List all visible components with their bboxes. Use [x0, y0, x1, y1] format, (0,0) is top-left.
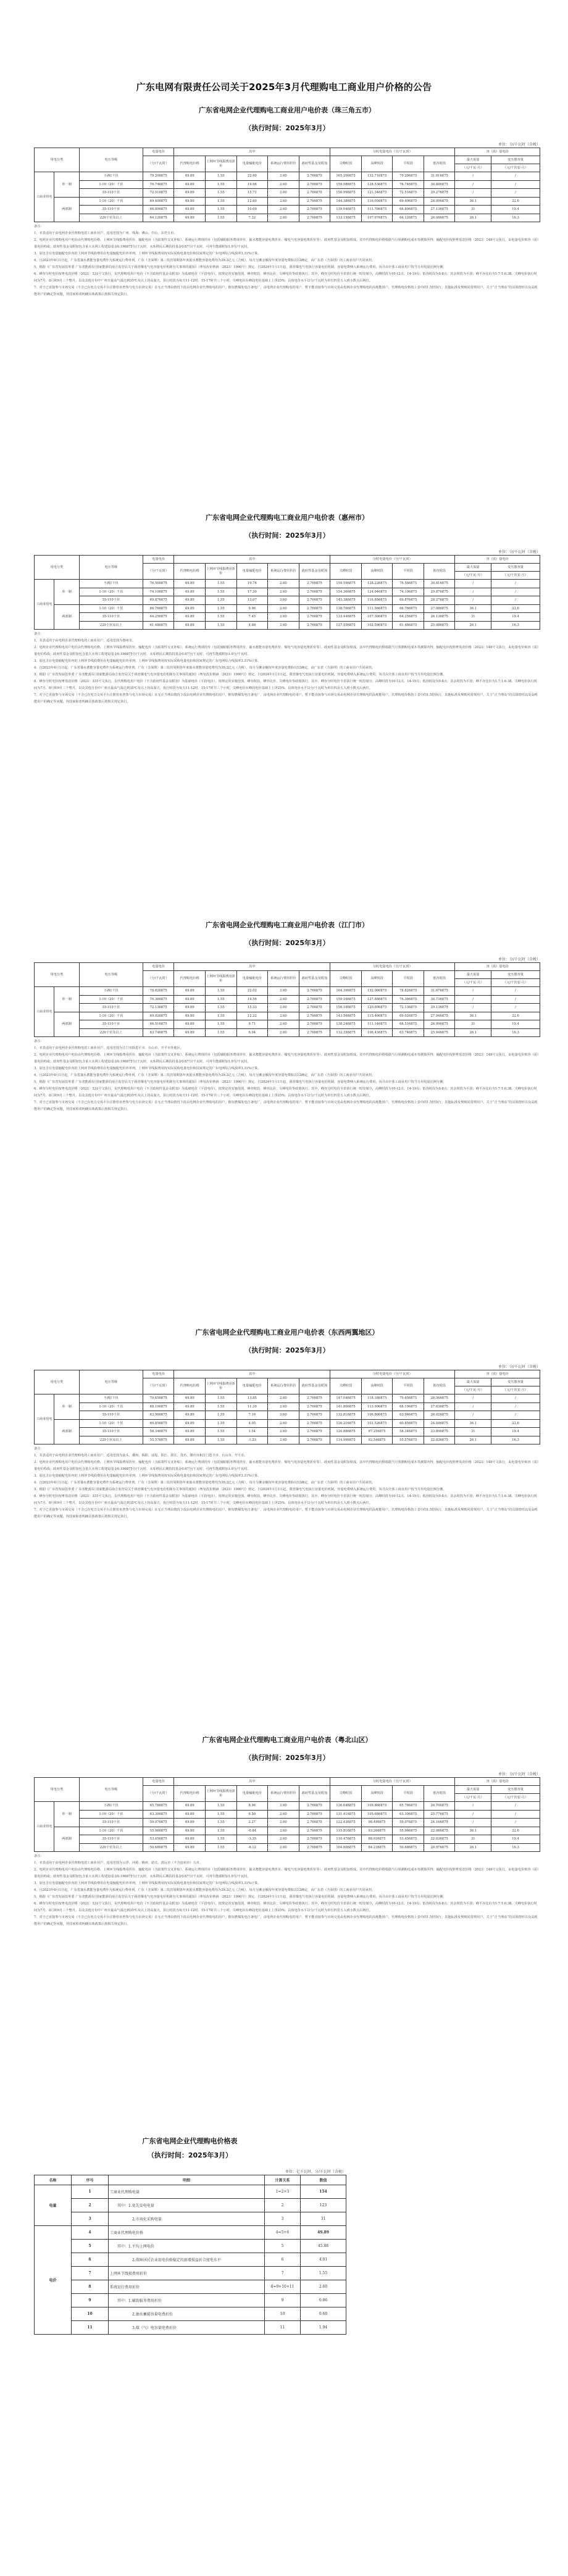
value-cell: 2.766875: [299, 206, 330, 214]
value-cell: 16.3: [491, 621, 540, 630]
header-voltage: 电压等级: [79, 1778, 143, 1802]
value-cell: 59.076875: [143, 1819, 174, 1827]
header-flat: 平时段: [393, 971, 424, 987]
value-cell: 109.866875: [361, 1802, 393, 1811]
value-cell: 2.27: [236, 1819, 268, 1827]
value-cell: 2.60: [268, 180, 299, 189]
value-cell: 66.516875: [393, 1020, 424, 1029]
value-cell: 2.766875: [299, 613, 330, 622]
value-cell: 49.89: [174, 1403, 206, 1411]
value-cell: 2.60: [268, 206, 299, 214]
value-cell: /: [491, 596, 540, 605]
header-proxy-price: 代理购电价格: [174, 1786, 206, 1802]
value-cell: 132.816875: [330, 1411, 362, 1420]
value-cell: 6.50: [236, 1810, 268, 1819]
value-cell: 64.256875: [393, 613, 424, 622]
row-value-cell: 45.88: [301, 2240, 346, 2253]
value-cell: 1.55: [206, 621, 237, 630]
value-cell: 25.946875: [424, 1028, 455, 1037]
value-cell: 49.89: [174, 596, 206, 605]
header-proxy-price: 代理购电价格: [174, 971, 206, 987]
value-cell: /: [491, 1810, 540, 1819]
value-cell: /: [455, 1802, 491, 1811]
value-cell: 1.55: [206, 1835, 237, 1844]
table-row: 35-110千伏63.96687549.891.557.162.602.7668…: [35, 1411, 540, 1420]
row-detail-cell: 2.抽水蓄能容量电费折价: [109, 2307, 265, 2321]
row-detail-cell: 其中：1.平均上网电价: [109, 2240, 265, 2253]
header-of-which: 其中: [174, 963, 330, 971]
header-capacity: 容（需）量电价: [455, 1778, 540, 1786]
header-peak: 高峰时段: [361, 564, 393, 580]
header-line-loss: 上网环节线损费用折价: [206, 1378, 237, 1394]
voltage-cell: 35-110千伏: [79, 1411, 143, 1420]
summary-section: 广东省电网企业代理购电价格表 （执行时间：2025年3月） 单位：亿千瓦时，分/…: [34, 2136, 346, 2335]
table-row: 220千伏及以上64.12687549.891.557.322.602.7668…: [35, 214, 540, 222]
value-cell: 49.89: [174, 580, 206, 588]
voltage-cell: 220千伏及以上: [79, 1843, 143, 1852]
value-cell: 1.55: [206, 596, 237, 605]
value-cell: 2.766875: [299, 1802, 330, 1811]
notes-label: 备注：: [34, 223, 540, 230]
value-cell: 2.60: [268, 987, 299, 996]
unit-label: 单位：分/千瓦时（含税）: [34, 549, 540, 555]
row-no-cell: 1: [72, 2185, 109, 2199]
header-valley: 低谷时段: [424, 1378, 455, 1394]
value-cell: 55.576875: [393, 1436, 424, 1444]
note-item: 4、自2023年6月1日起，广东省抽水蓄能容量电费作为系统运行费单列。广东（含深…: [34, 1887, 540, 1894]
price-table: 用电分类电压等级电量电价其中分时电量电价（分/千瓦时）容（需）量电价（分/千瓦时…: [34, 555, 540, 630]
header-max-demand-unit: （元/千瓦·月）: [455, 979, 491, 987]
value-cell: 132.716875: [361, 172, 393, 181]
value-cell: 53.456875: [393, 1835, 424, 1844]
value-cell: 2.60: [268, 1020, 299, 1029]
row-no-cell: 11: [72, 2321, 109, 2335]
value-cell: /: [491, 987, 540, 996]
value-cell: /: [455, 1819, 491, 1827]
value-cell: 78.826875: [393, 987, 424, 996]
row-calc-cell: 7: [265, 2267, 301, 2280]
header-max-demand: 最大需量: [455, 156, 491, 164]
value-cell: 28.096875: [424, 197, 455, 206]
header-value: 数值: [301, 2175, 346, 2185]
header-tou: 分时电量电价（分/千瓦时）: [330, 556, 455, 564]
value-cell: 113.996875: [361, 1403, 393, 1411]
value-cell: 2.60: [268, 1394, 299, 1403]
note-item: 2、电网企业代理购电用户电价由代理购电价格、上网环节线损费用折价、输配电价（含政…: [34, 1459, 540, 1473]
value-cell: 63.306875: [393, 1810, 424, 1819]
value-cell: 1.55: [206, 197, 237, 206]
value-cell: 30.816875: [424, 580, 455, 588]
header-flat: 平时段: [393, 156, 424, 172]
price-table: 用电分类电压等级电量电价其中分时电量电价（分/千瓦时）容（需）量电价（分/千瓦时…: [34, 1777, 540, 1852]
note-item: 1、本表适用于由电网企业代理购电的工商业用户，适用范围为惠州市。: [34, 638, 540, 644]
note-item: 3、原包含在电量输配电价内的上网环节线损费用在电量输配电价外单列，上网环节线损费…: [34, 1473, 540, 1480]
value-cell: 26.086875: [424, 214, 455, 222]
value-cell: 1.55: [206, 1411, 237, 1420]
header-proxy-price: 代理购电价格: [174, 156, 206, 172]
table-row: 两部制1-10（20）千伏66.76687549.891.559.962.602…: [35, 604, 540, 613]
row-value-cell: 0.06: [301, 2294, 346, 2307]
value-cell: 2.766875: [299, 197, 330, 206]
price-section: 广东省电网企业代理购电工商业用户电价表（江门市）（执行时间：2025年3月）单位…: [34, 920, 540, 1113]
table-row: 工商业用电单一制不满1千伏79.20687549.891.5522.402.60…: [35, 172, 540, 181]
value-cell: 76.746875: [393, 180, 424, 189]
value-cell: 36.1: [455, 1827, 491, 1835]
value-cell: 2.766875: [299, 621, 330, 630]
value-cell: 26.1: [455, 214, 491, 222]
value-cell: 22.6: [491, 197, 540, 206]
summary-unit: 单位：亿千瓦时，分/千瓦时（含税）: [34, 2169, 346, 2175]
header-proxy-price: 代理购电价格: [174, 564, 206, 580]
header-calc: 计算关系: [265, 2175, 301, 2185]
header-transformer-unit: （元/千伏安·月）: [491, 572, 540, 580]
header-category: 用电分类: [35, 963, 80, 987]
value-cell: 63.746875: [393, 1028, 424, 1037]
value-cell: 12.60: [236, 197, 268, 206]
value-cell: 84.236875: [361, 1843, 393, 1852]
value-cell: 19.4: [491, 613, 540, 622]
value-cell: 2.60: [268, 580, 299, 588]
header-energy-unit: （分/千瓦时）: [143, 971, 174, 987]
value-cell: 25.776875: [424, 1810, 455, 1819]
summary-row: 102.抽水蓄能容量电费折价100.60: [35, 2307, 346, 2321]
summary-row: 电价4工商业代理购电价格4=5+649.89: [35, 2226, 346, 2240]
value-cell: 27.636875: [424, 1403, 455, 1411]
voltage-cell: 不满1千伏: [79, 1394, 143, 1403]
note-item: 7、对于已直接参与市场交易（不含已在电力交易平台注册但未曾参与电力市场交易）在无…: [34, 285, 540, 298]
row-calc-cell: 4=5+6: [265, 2226, 301, 2240]
header-transformer-unit: （元/千伏安·月）: [491, 1794, 540, 1802]
two-part-cell: 两部制: [54, 1419, 79, 1444]
value-cell: 31.816875: [424, 172, 455, 181]
header-valley: 低谷时段: [424, 971, 455, 987]
value-cell: /: [455, 1403, 491, 1411]
note-item: 5、根据《广东省发展改革委 广东省能源局 国家能源局南方监管局关于我省煤电气电容…: [34, 1894, 540, 1901]
value-cell: 24.846875: [424, 1419, 455, 1428]
unit-label: 单位：分/千瓦时（含税）: [34, 956, 540, 962]
value-cell: 12.22: [236, 1012, 268, 1020]
note-item: 3、原包含在电量输配电价内的上网环节线损费用在电量输配电价外单列，上网环节线损费…: [34, 1065, 540, 1072]
value-cell: 97.256875: [361, 1428, 393, 1436]
value-cell: 2.60: [268, 1012, 299, 1020]
value-cell: 159.596875: [330, 580, 362, 588]
value-cell: /: [491, 995, 540, 1004]
row-calc-cell: 6: [265, 2253, 301, 2267]
value-cell: 8.96: [236, 1802, 268, 1811]
value-cell: 49.89: [174, 189, 206, 198]
header-voltage: 电压等级: [79, 556, 143, 580]
value-cell: 114.996875: [330, 1436, 362, 1444]
section-exec-time: （执行时间：2025年3月）: [34, 123, 540, 133]
value-cell: 76.366875: [143, 995, 174, 1004]
value-cell: 26.1: [455, 1843, 491, 1852]
value-cell: 66.516875: [143, 1020, 174, 1029]
value-cell: 50.686875: [393, 1843, 424, 1852]
value-cell: 1.55: [206, 1810, 237, 1819]
table-row: 工商业用电单一制不满1千伏70.65687549.891.5513.852.60…: [35, 1394, 540, 1403]
table-row: 35-110千伏66.51687549.891.559.712.602.7668…: [35, 1020, 540, 1029]
value-cell: 2.60: [268, 1819, 299, 1827]
value-cell: 164.396875: [330, 987, 362, 996]
header-capacity: 容（需）量电价: [455, 963, 540, 971]
value-cell: 76.746875: [143, 180, 174, 189]
value-cell: 15.33: [236, 1004, 268, 1012]
row-value-cell: 154: [301, 2185, 346, 2199]
value-cell: 2.766875: [299, 1819, 330, 1827]
header-line-loss: 上网环节线损费用折价: [206, 971, 237, 987]
value-cell: 7.16: [236, 1411, 268, 1420]
row-calc-cell: 2: [265, 2199, 301, 2212]
value-cell: 49.89: [174, 604, 206, 613]
notes-block: 备注：1、本表适用于由电网企业代理购电的工商业用户，适用范围为云浮、河源、梅州、…: [34, 1853, 540, 1928]
value-cell: 2.60: [268, 1004, 299, 1012]
notes-block: 备注：1、本表适用于由电网企业代理购电的工商业用户，适用范围为惠州市。2、电网企…: [34, 631, 540, 706]
value-cell: 145.386875: [330, 596, 362, 605]
note-item: 1、本表适用于由电网企业代理购电的工商业用户，适用范围为汕头、潮州、揭阳、汕尾、…: [34, 1453, 540, 1459]
row-detail-cell: 工商业代理购电量: [109, 2185, 265, 2199]
value-cell: 1.54: [236, 1428, 268, 1436]
value-cell: 2.766875: [299, 1394, 330, 1403]
value-cell: 154.366875: [330, 588, 362, 596]
value-cell: 49.89: [174, 1020, 206, 1029]
header-max-demand: 最大需量: [455, 1378, 491, 1386]
header-of-which: 其中: [174, 556, 330, 564]
single-part-cell: 单一制: [54, 987, 79, 1012]
value-cell: 31: [455, 1020, 491, 1029]
row-no-cell: 3: [72, 2212, 109, 2226]
value-cell: 79.206875: [393, 172, 424, 181]
value-cell: 22.02: [236, 987, 268, 996]
header-gov-fund: 政府性基金及附加: [299, 1786, 330, 1802]
value-cell: 25.086875: [424, 621, 455, 630]
value-cell: /: [455, 189, 491, 198]
value-cell: 111.566875: [361, 604, 393, 613]
value-cell: 133.446875: [330, 613, 362, 622]
value-cell: 49.89: [174, 1394, 206, 1403]
value-cell: 2.766875: [299, 1012, 330, 1020]
table-row: 1-10（20）千伏76.74687549.891.5519.942.602.7…: [35, 180, 540, 189]
value-cell: 159.986875: [330, 180, 362, 189]
table-row: 两部制1-10（20）千伏69.40687549.891.5512.602.60…: [35, 197, 540, 206]
value-cell: 1.55: [206, 1020, 237, 1029]
value-cell: 2.60: [268, 1411, 299, 1420]
note-item: 3、原包含在电量输配电价内的上网环节线损费用在电量输配电价外单列，上网环节线损费…: [34, 251, 540, 257]
value-cell: 9.71: [236, 1020, 268, 1029]
value-cell: 68.196875: [393, 1403, 424, 1411]
notes-block: 备注：1、本表适用于由电网企业代理购电的工商业用户，适用范围为广州、珠海、佛山、…: [34, 223, 540, 298]
header-row: 用电分类电压等级电量电价其中分时电量电价（分/千瓦时）容（需）量电价: [35, 1370, 540, 1378]
value-cell: 2.766875: [299, 1810, 330, 1819]
header-voltage: 电压等级: [79, 148, 143, 172]
header-valley: 低谷时段: [424, 156, 455, 172]
header-no: 序号: [72, 2175, 109, 2185]
notes-label: 备注：: [34, 1853, 540, 1860]
header-gov-fund: 政府性基金及附加: [299, 564, 330, 580]
header-of-which: 其中: [174, 1370, 330, 1378]
note-item: 3、原包含在电量输配电价内的上网环节线损费用在电量输配电价外单列，上网环节线损费…: [34, 658, 540, 665]
value-cell: 139.046875: [330, 206, 362, 214]
price-table: 用电分类电压等级电量电价其中分时电量电价（分/千瓦时）容（需）量电价（分/千瓦时…: [34, 148, 540, 222]
value-cell: 2.60: [268, 621, 299, 630]
value-cell: 150.186875: [330, 1004, 362, 1012]
note-item: 5、根据《广东省发展改革委 广东省能源局 国家能源局南方监管局关于我省煤电气电容…: [34, 672, 540, 678]
value-cell: 126.216875: [330, 1419, 362, 1428]
voltage-cell: 35-110千伏: [79, 596, 143, 605]
header-voltage: 电压等级: [79, 963, 143, 987]
value-cell: 26.1: [455, 1436, 491, 1444]
voltage-cell: 35-110千伏: [79, 206, 143, 214]
summary-row: 电量1工商业代理购电量1=2+3154: [35, 2185, 346, 2199]
header-category: 用电分类: [35, 1778, 80, 1802]
value-cell: /: [491, 580, 540, 588]
voltage-cell: 1-10（20）千伏: [79, 1419, 143, 1428]
single-part-cell: 单一制: [54, 172, 79, 198]
header-peak: 高峰时段: [361, 156, 393, 172]
header-energy-unit: （分/千瓦时）: [143, 564, 174, 580]
voltage-cell: 35-110千伏: [79, 1428, 143, 1436]
value-cell: 27.136875: [424, 206, 455, 214]
note-item: 6、峰谷分时电价按粤发改价格〔2021〕331号文执行，以代理购电用户电价（不含…: [34, 271, 540, 285]
value-cell: 1.55: [206, 1403, 237, 1411]
value-cell: 127.556875: [330, 621, 362, 630]
row-value-cell: 49.89: [301, 2226, 346, 2240]
table-row: 35-110千伏64.25687549.891.557.452.602.7668…: [35, 613, 540, 622]
value-cell: 49.89: [174, 1419, 206, 1428]
header-transmission: 电量输配电价: [236, 971, 268, 987]
header-transformer: 变压器容量: [491, 156, 540, 164]
header-transmission: 电量输配电价: [236, 1786, 268, 1802]
value-cell: 122.436875: [330, 1819, 362, 1827]
unit-label: 单位：分/千瓦时（含税）: [34, 141, 540, 148]
value-cell: 107.076875: [361, 214, 393, 222]
header-energy-price: 电量电价: [143, 1778, 174, 1786]
voltage-cell: 1-10（20）千伏: [79, 1827, 143, 1835]
voltage-cell: 1-10（20）千伏: [79, 604, 143, 613]
voltage-cell: 1-10（20）千伏: [79, 588, 143, 596]
price-table: 用电分类电压等级电量电价其中分时电量电价（分/千瓦时）容（需）量电价（分/千瓦时…: [34, 1370, 540, 1444]
price-table: 用电分类电压等级电量电价其中分时电量电价（分/千瓦时）容（需）量电价（分/千瓦时…: [34, 962, 540, 1037]
header-system-op: 系统运行费用折价: [268, 971, 299, 987]
note-item: 5、根据《广东省发展改革委 广东省能源局 国家能源局南方监管局关于我省煤电气电容…: [34, 1486, 540, 1493]
note-item: 7、对于已直接参与市场交易（不含已在电力交易平台注册但未曾参与电力市场交易）在无…: [34, 1507, 540, 1520]
value-cell: 106.436875: [361, 1028, 393, 1037]
voltage-cell: 220千伏及以上: [79, 214, 143, 222]
table-row: 35-110千伏69.87687549.891.5513.072.602.766…: [35, 596, 540, 605]
header-category: 用电分类: [35, 1370, 80, 1394]
value-cell: 49.89: [174, 1802, 206, 1811]
header-max-demand-unit: （元/千瓦·月）: [455, 164, 491, 172]
table-row: 1-10（20）千伏63.30687549.891.556.502.602.76…: [35, 1810, 540, 1819]
value-cell: 2.766875: [299, 1419, 330, 1428]
value-cell: 2.60: [268, 1835, 299, 1844]
header-line-loss: 上网环节线损费用折价: [206, 156, 237, 172]
value-cell: 121.346875: [361, 189, 393, 198]
row-no-cell: 9: [72, 2294, 109, 2307]
value-cell: 72.136875: [143, 1004, 174, 1012]
value-cell: 7.45: [236, 613, 268, 622]
note-item: 2、电网企业代理购电用户电价由代理购电价格、上网环节线损费用折价、输配电价（含政…: [34, 1052, 540, 1065]
value-cell: 110.476875: [330, 1835, 362, 1844]
table-row: 工商业用电单一制不满1千伏65.76687549.891.558.962.602…: [35, 1802, 540, 1811]
value-cell: 49.89: [174, 214, 206, 222]
value-cell: /: [491, 1403, 540, 1411]
value-cell: 31: [455, 206, 491, 214]
value-cell: 2.766875: [299, 596, 330, 605]
value-cell: 2.60: [268, 1403, 299, 1411]
note-item: 1、本表适用于由电网企业代理购电的工商业用户，适用范围为云浮、河源、梅州、韶关、…: [34, 1860, 540, 1867]
value-cell: 70.656875: [143, 1394, 174, 1403]
value-cell: 2.766875: [299, 214, 330, 222]
value-cell: 92.546875: [361, 1436, 393, 1444]
value-cell: 2.60: [268, 604, 299, 613]
value-cell: 2.60: [268, 1028, 299, 1037]
value-cell: 143.566875: [330, 1012, 362, 1020]
value-cell: 36.1: [455, 1419, 491, 1428]
value-cell: 19.4: [491, 1428, 540, 1436]
value-cell: 50.686875: [143, 1843, 174, 1852]
header-max-demand-unit: （元/千瓦·月）: [455, 572, 491, 580]
section-exec-time: （执行时间：2025年3月）: [34, 938, 540, 948]
summary-row: 113.煤（气）电容量电费折价111.94: [35, 2321, 346, 2335]
row-value-cell: 4.01: [301, 2253, 346, 2267]
value-cell: 101.526875: [361, 1419, 393, 1428]
value-cell: 1.55: [206, 180, 237, 189]
value-cell: 4.68: [236, 621, 268, 630]
value-cell: 98.496875: [361, 1819, 393, 1827]
value-cell: 133.156875: [330, 214, 362, 222]
value-cell: 4.05: [236, 1419, 268, 1428]
value-cell: 63.966875: [143, 1411, 174, 1420]
header-valley: 低谷时段: [424, 1786, 455, 1802]
table-row: 35-110千伏66.89687549.891.5510.092.602.766…: [35, 206, 540, 214]
value-cell: 144.386875: [330, 197, 362, 206]
value-cell: 2.60: [268, 588, 299, 596]
value-cell: 76.566875: [143, 580, 174, 588]
note-item: 2、电网企业代理购电用户电价由代理购电价格、上网环节线损费用折价、输配电价（含政…: [34, 644, 540, 658]
value-cell: 19.4: [491, 1835, 540, 1844]
value-cell: 29.876875: [424, 588, 455, 596]
value-cell: 49.89: [174, 1428, 206, 1436]
value-cell: 49.89: [174, 206, 206, 214]
voltage-cell: 1-10（20）千伏: [79, 1012, 143, 1020]
value-cell: 2.60: [268, 613, 299, 622]
value-cell: 1.55: [206, 613, 237, 622]
header-sharp-peak: 尖峰时段: [330, 971, 362, 987]
value-cell: 2.766875: [299, 1004, 330, 1012]
value-cell: 2.766875: [299, 987, 330, 996]
value-cell: 27.086875: [424, 604, 455, 613]
value-cell: 10.09: [236, 206, 268, 214]
value-cell: 2.766875: [299, 995, 330, 1004]
row-detail-cell: 3.煤（气）电容量电费折价: [109, 2321, 265, 2335]
value-cell: /: [491, 180, 540, 189]
header-sharp-peak: 尖峰时段: [330, 156, 362, 172]
value-cell: 60.856875: [143, 1419, 174, 1428]
value-cell: 2.766875: [299, 180, 330, 189]
value-cell: /: [491, 1394, 540, 1403]
value-cell: 65.766875: [143, 1802, 174, 1811]
table-row: 220千伏及以上55.57687549.891.55-1.232.602.766…: [35, 1436, 540, 1444]
value-cell: 2.766875: [299, 189, 330, 198]
value-cell: 20.976875: [424, 1843, 455, 1852]
summary-header-row: 名称 序号 明细 计算关系 数值: [35, 2175, 346, 2185]
value-cell: 136.646875: [330, 1802, 362, 1811]
table-row: 220千伏及以上50.68687549.891.55-6.122.602.766…: [35, 1843, 540, 1852]
value-cell: 132.356875: [330, 1028, 362, 1037]
header-transformer: 变压器容量: [491, 971, 540, 979]
row-calc-cell: 9: [265, 2294, 301, 2307]
value-cell: /: [455, 180, 491, 189]
